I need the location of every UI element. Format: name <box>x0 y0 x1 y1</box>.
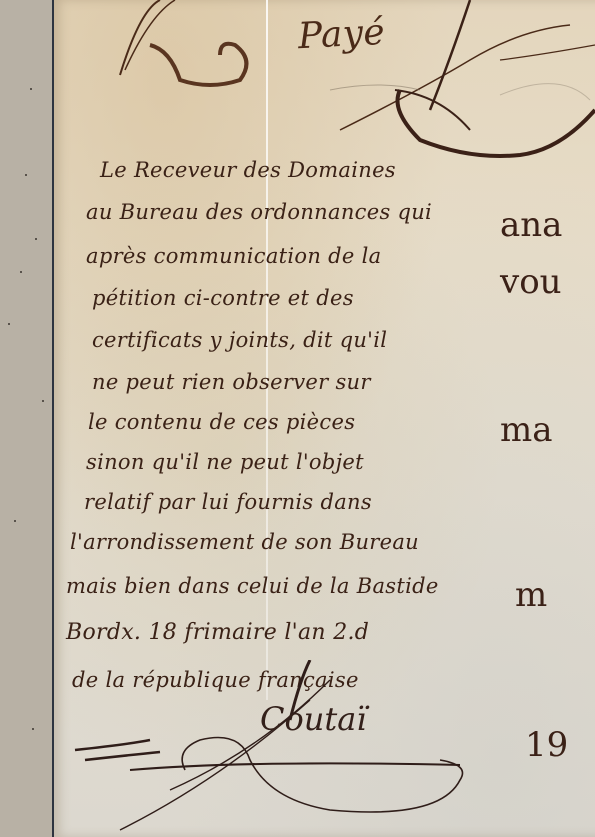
margin-fragment: m <box>515 575 547 615</box>
body-line: sinon qu'il ne peut l'objet <box>86 450 364 474</box>
dust-speck <box>14 520 16 522</box>
body-line: certificats y joints, dit qu'il <box>92 328 387 352</box>
header-word-paye: Payé <box>297 12 386 57</box>
body-line: ne peut rien observer sur <box>92 370 371 394</box>
body-line: pétition ci-contre et des <box>92 286 354 310</box>
body-line: le contenu de ces pièces <box>88 410 355 434</box>
dust-speck <box>42 400 44 402</box>
margin-fragment: vou <box>500 262 562 302</box>
dust-speck <box>20 271 22 273</box>
margin-fragment: ma <box>500 410 553 450</box>
date-line: Bordx. 18 frimaire l'an 2.d <box>66 620 369 645</box>
body-line: l'arrondissement de son Bureau <box>70 530 419 554</box>
body-line: relatif par lui fournis dans <box>84 490 372 514</box>
body-line: Le Receveur des Domaines <box>100 158 396 182</box>
dust-speck <box>35 238 37 240</box>
body-line: au Bureau des ordonnances qui <box>86 200 432 224</box>
body-line: mais bien dans celui de la Bastide <box>66 574 439 598</box>
signature-flourish-icon <box>0 660 595 837</box>
dust-speck <box>8 323 10 325</box>
margin-fragment: ana <box>500 205 562 245</box>
body-line: après communication de la <box>86 244 381 268</box>
margin-fragment: 19 <box>525 725 568 765</box>
signature: Coutaï <box>260 700 367 738</box>
